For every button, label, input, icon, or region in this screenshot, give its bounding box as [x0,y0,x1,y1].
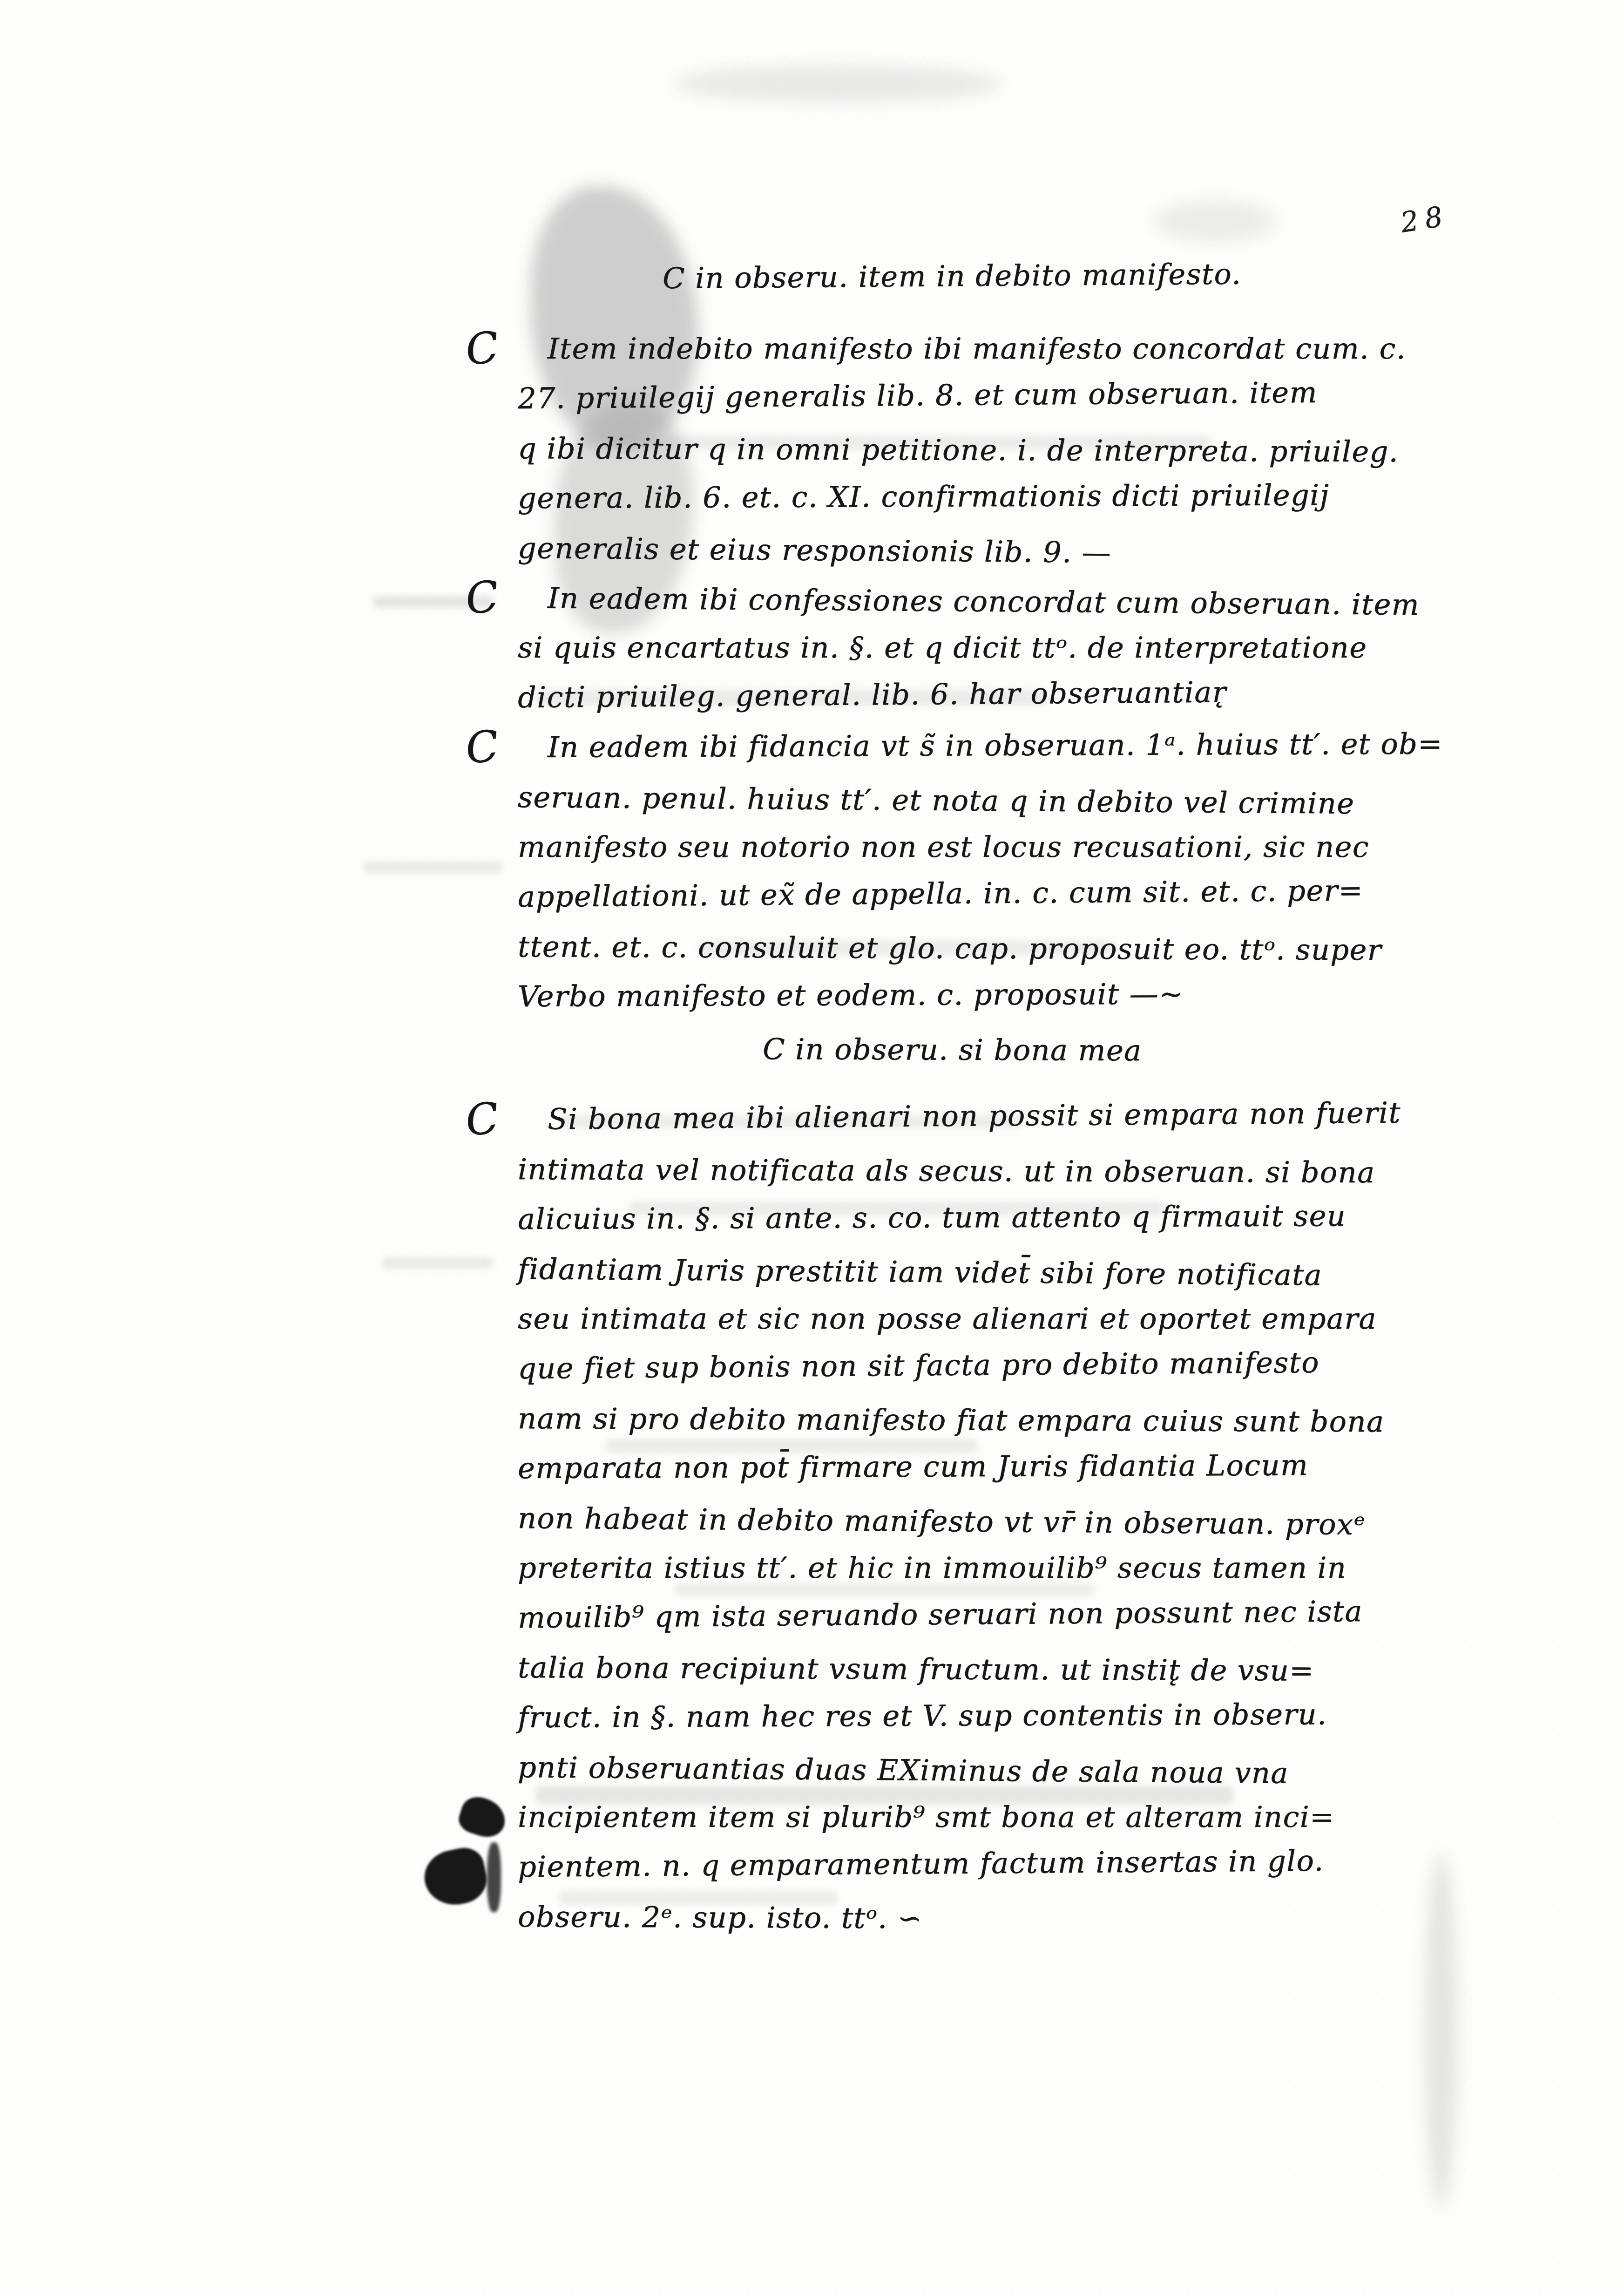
manuscript-line: 27. priuilegij generalis lib. 8. et cum … [518,367,1439,423]
manuscript-line: seu intimata et sic non posse alienari e… [518,1294,1439,1344]
section-heading: C in obseru. si bona mea [466,1024,1439,1074]
section-paragraph: CIn eadem ibi fidancia vt s̃ in obseruan… [466,722,1439,1021]
manuscript-line: seruan. penul. huius tt′. et nota q in d… [518,772,1439,829]
heading-line: C in obseru. item in debito manifesto. [663,249,1242,303]
manuscript-line: si quis encartatus in. §. et q dicit ttᵒ… [518,623,1439,672]
manuscript-line: non habeat in debito manifesto vt vr̄ in… [518,1493,1439,1550]
section-paragraph: CSi bona mea ibi alienari non possit si … [466,1094,1439,1942]
text-block: C in obseru. item in debito manifesto.CI… [466,251,1439,1942]
manuscript-line: appellationi. ut ex̃ de appella. in. c. … [518,865,1439,922]
paragraph-mark: C [463,1095,501,1145]
scan-smudge [675,65,1001,102]
manuscript-line: genera. lib. 6. et. c. XI. confirmationi… [518,469,1439,523]
manuscript-line: ttent. et. c. consuluit et glo. cap. pro… [518,922,1439,975]
manuscript-line: generalis et eius responsionis lib. 9. — [518,523,1439,580]
manuscript-line: preterita istius tt′. et hic in immouili… [518,1543,1439,1593]
manuscript-line: alicuius in. §. si ante. s. co. tum atte… [518,1190,1439,1244]
section-heading: C in obseru. item in debito manifesto. [466,253,1439,303]
manuscript-line: Si bona mea ibi alienari non possit si e… [518,1087,1439,1144]
scan-smudge [1155,200,1276,242]
manuscript-line: fidantiam Juris prestitit iam videt̄ sib… [518,1244,1439,1301]
paragraph-mark: C [463,573,501,623]
manuscript-line: In eadem ibi confessiones concordat cum … [518,573,1439,630]
manuscript-line: intimata vel notificata als secus. ut in… [518,1144,1439,1198]
manuscript-line: mouilib⁹ qm ista seruando seruari non po… [518,1586,1439,1643]
manuscript-line: In eadem ibi fidancia vt s̃ in obseruan.… [518,719,1439,772]
manuscript-line: que fiet sup bonis non sit facta pro deb… [518,1337,1439,1393]
paragraph-mark: C [463,723,501,773]
manuscript-line: talia bona recipiunt vsum fructum. ut in… [518,1643,1439,1696]
manuscript-line: q ibi dicitur q in omni petitione. i. de… [518,423,1439,477]
manuscript-line: nam si pro debito manifesto fiat empara … [518,1393,1439,1447]
manuscript-line: dicti priuileg. general. lib. 6. har obs… [518,665,1439,722]
manuscript-line: Item indebito manifesto ibi manifesto co… [518,324,1439,373]
manuscript-line: manifesto seu notorio non est locus recu… [518,822,1439,872]
manuscript-line: incipientem item si plurib⁹ smt bona et … [518,1792,1439,1842]
manuscript-line: emparata non pot̄ firmare cum Juris fida… [518,1439,1439,1493]
manuscript-line: obseru. 2ᵉ. sup. isto. ttᵒ. ∽ [518,1892,1439,1945]
section-paragraph: CItem indebito manifesto ibi manifesto c… [466,324,1439,573]
folio-number: 28 [1398,199,1451,239]
manuscript-line: Verbo manifesto et eodem. c. proposuit —… [518,968,1439,1021]
manuscript-page: 28 C in obseru. item in debito manifesto… [0,0,1624,2295]
manuscript-line: pientem. n. q emparamentum factum insert… [518,1835,1439,1892]
manuscript-line: pnti obseruantias duas EXiminus de sala … [518,1742,1439,1799]
heading-line: C in obseru. si bona mea [763,1024,1142,1075]
manuscript-line: fruct. in §. nam hec res et V. sup conte… [518,1689,1439,1742]
paragraph-mark: C [463,324,501,374]
section-paragraph: CIn eadem ibi confessiones concordat cum… [466,573,1439,722]
